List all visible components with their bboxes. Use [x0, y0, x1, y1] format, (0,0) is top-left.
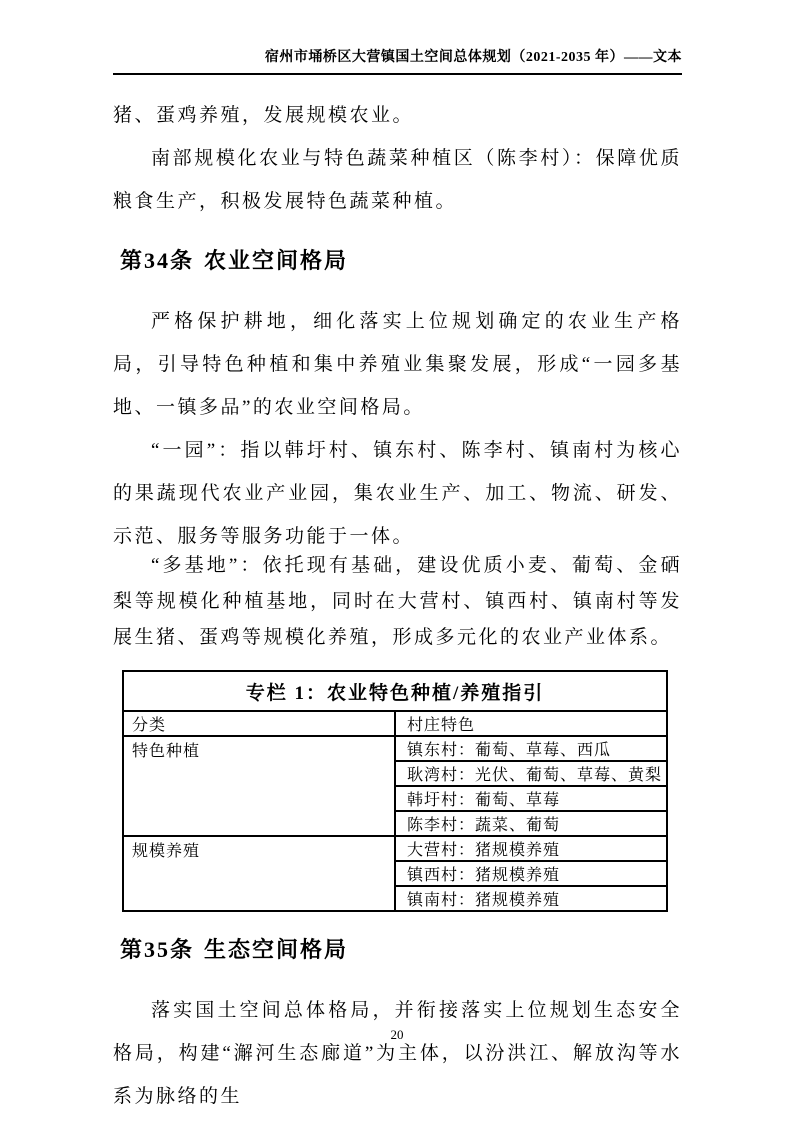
- table-cell: 陈李村：蔬菜、葡萄: [395, 811, 667, 836]
- document-page: 宿州市埇桥区大营镇国土空间总体规划（2021-2035 年）——文本 猪、蛋鸡养…: [0, 0, 794, 1123]
- table-cell: 韩圩村：葡萄、草莓: [395, 786, 667, 811]
- page-body: 猪、蛋鸡养殖，发展规模农业。 南部规模化农业与特色蔬菜种植区（陈李村）：保障优质…: [113, 94, 682, 1118]
- paragraph-south-zone: 南部规模化农业与特色蔬菜种植区（陈李村）：保障优质粮食生产，积极发展特色蔬菜种植…: [113, 137, 682, 223]
- paragraph-carryover: 猪、蛋鸡养殖，发展规模农业。: [113, 94, 682, 137]
- article-35-number: 第35条: [120, 937, 194, 962]
- table-cell: 镇东村：葡萄、草莓、西瓜: [395, 736, 667, 761]
- panel-table: 专栏 1：农业特色种植/养殖指引 分类 村庄特色 特色种植 镇东村：葡萄、草莓、…: [122, 670, 668, 912]
- article-34-paragraph-1: 严格保护耕地，细化落实上位规划确定的农业生产格局，引导特色种植和集中养殖业集聚发…: [113, 300, 682, 429]
- table-header-row: 分类 村庄特色: [123, 711, 667, 736]
- article-34-title: 农业空间格局: [204, 248, 348, 273]
- column-header-category: 分类: [123, 711, 395, 736]
- page-number: 20: [391, 1027, 404, 1042]
- category-cell-breeding: 规模养殖: [123, 836, 395, 911]
- article-34-paragraph-3: “多基地”：依托现有基础，建设优质小麦、葡萄、金硒梨等规模化种植基地，同时在大营…: [113, 548, 682, 656]
- table-cell: 镇西村：猪规模养殖: [395, 861, 667, 886]
- page-footer: 20: [0, 1027, 794, 1043]
- article-35-title: 生态空间格局: [204, 937, 348, 962]
- page-header: 宿州市埇桥区大营镇国土空间总体规划（2021-2035 年）——文本: [113, 46, 682, 75]
- table-cell: 大营村：猪规模养殖: [395, 836, 667, 861]
- article-35-paragraph-1: 落实国土空间总体格局，并衔接落实上位规划生态安全格局，构建“澥河生态廊道”为主体…: [113, 989, 682, 1118]
- article-34-heading: 第34条农业空间格局: [120, 239, 682, 282]
- article-34-paragraph-2: “一园”：指以韩圩村、镇东村、陈李村、镇南村为核心的果蔬现代农业产业园，集农业生…: [113, 429, 682, 558]
- table-row: 特色种植 镇东村：葡萄、草莓、西瓜: [123, 736, 667, 761]
- column-header-village-feature: 村庄特色: [395, 711, 667, 736]
- article-35-heading: 第35条生态空间格局: [120, 928, 682, 971]
- table-cell: 镇南村：猪规模养殖: [395, 886, 667, 911]
- article-34-number: 第34条: [120, 248, 194, 273]
- table-row: 规模养殖 大营村：猪规模养殖: [123, 836, 667, 861]
- category-cell-planting: 特色种植: [123, 736, 395, 836]
- header-title: 宿州市埇桥区大营镇国土空间总体规划（2021-2035 年）——文本: [265, 50, 682, 65]
- table-cell: 耿湾村：光伏、葡萄、草莓、黄梨: [395, 761, 667, 786]
- table-title: 专栏 1：农业特色种植/养殖指引: [123, 671, 667, 711]
- table-title-row: 专栏 1：农业特色种植/养殖指引: [123, 671, 667, 711]
